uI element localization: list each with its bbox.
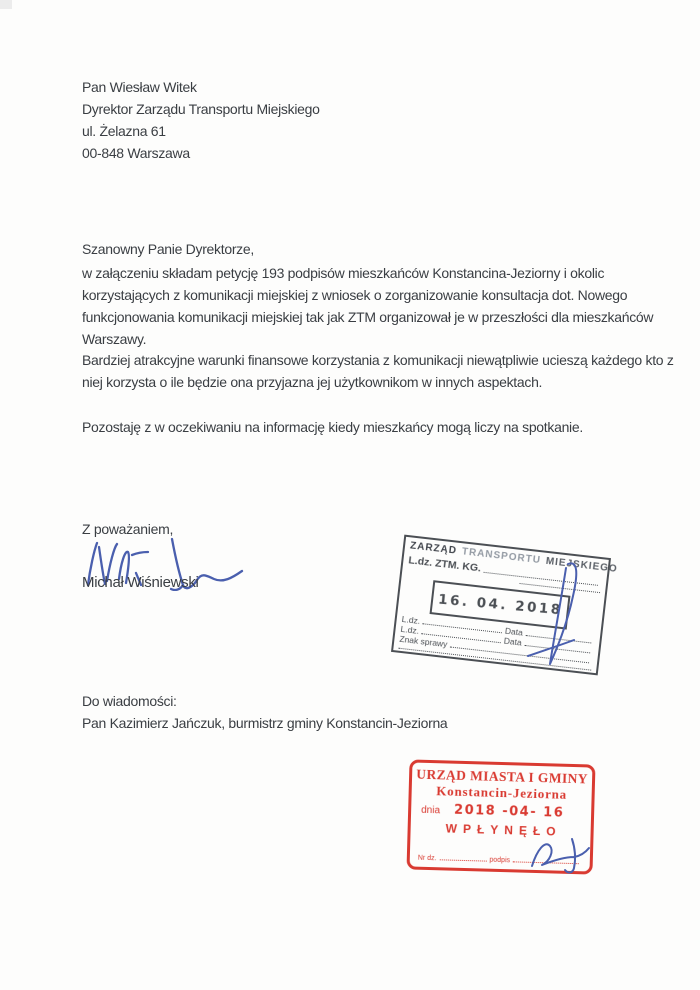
city-signature-label: podpis <box>489 857 510 865</box>
cc-recipient: Pan Kazimierz Jańczuk, burmistrz gminy K… <box>82 712 447 734</box>
body-paragraph-2: Bardziej atrakcyjne warunki finansowe ko… <box>82 349 674 393</box>
body-paragraph-3: Pozostaję z w oczekiwaniu na informację … <box>82 416 583 438</box>
city-stamp-date: 2018 -04- 16 <box>454 803 565 821</box>
city-number-label: Nr dz. <box>418 855 437 863</box>
paraph-handwriting <box>528 834 592 876</box>
salutation: Szanowny Panie Dyrektorze, <box>82 238 254 260</box>
paragraph-line: w załączeniu składam petycję 193 podpisó… <box>82 262 653 284</box>
recipient-title: Dyrektor Zarządu Transportu Miejskiego <box>82 98 320 120</box>
paragraph-line: Warszawy. <box>82 328 653 350</box>
recipient-name: Pan Wiesław Witek <box>82 76 320 98</box>
paragraph-line: funkcjonowania komunikacji miejskiej tak… <box>82 306 653 328</box>
paragraph-line: niej korzysta o ile będzie ona przyjazna… <box>82 371 674 393</box>
cc-heading: Do wiadomości: <box>82 690 447 712</box>
paragraph-line: Pozostaję z w oczekiwaniu na informację … <box>82 416 583 438</box>
ztm-field-label: Data <box>503 636 522 648</box>
cc-block: Do wiadomości: Pan Kazimierz Jańczuk, bu… <box>82 690 447 734</box>
scanned-letter-page: Pan Wiesław Witek Dyrektor Zarządu Trans… <box>0 0 700 990</box>
recipient-street: ul. Żelazna 61 <box>82 120 320 142</box>
body-paragraph-1: w załączeniu składam petycję 193 podpisó… <box>82 262 653 350</box>
signer-name: Michał Wiśniewski <box>82 572 199 594</box>
paragraph-line: korzystających z komunikacji miejskiej z… <box>82 284 653 306</box>
scan-artifact <box>0 0 12 9</box>
dotted-line <box>439 858 486 861</box>
city-date-label: dnia <box>421 805 440 817</box>
recipient-address-block: Pan Wiesław Witek Dyrektor Zarządu Trans… <box>82 76 320 164</box>
paragraph-line: Bardziej atrakcyjne warunki finansowe ko… <box>82 349 674 371</box>
paraph-handwriting <box>524 556 588 674</box>
recipient-city: 00-848 Warszawa <box>82 142 320 164</box>
city-stamp-date-row: dnia 2018 -04- 16 <box>421 802 583 822</box>
